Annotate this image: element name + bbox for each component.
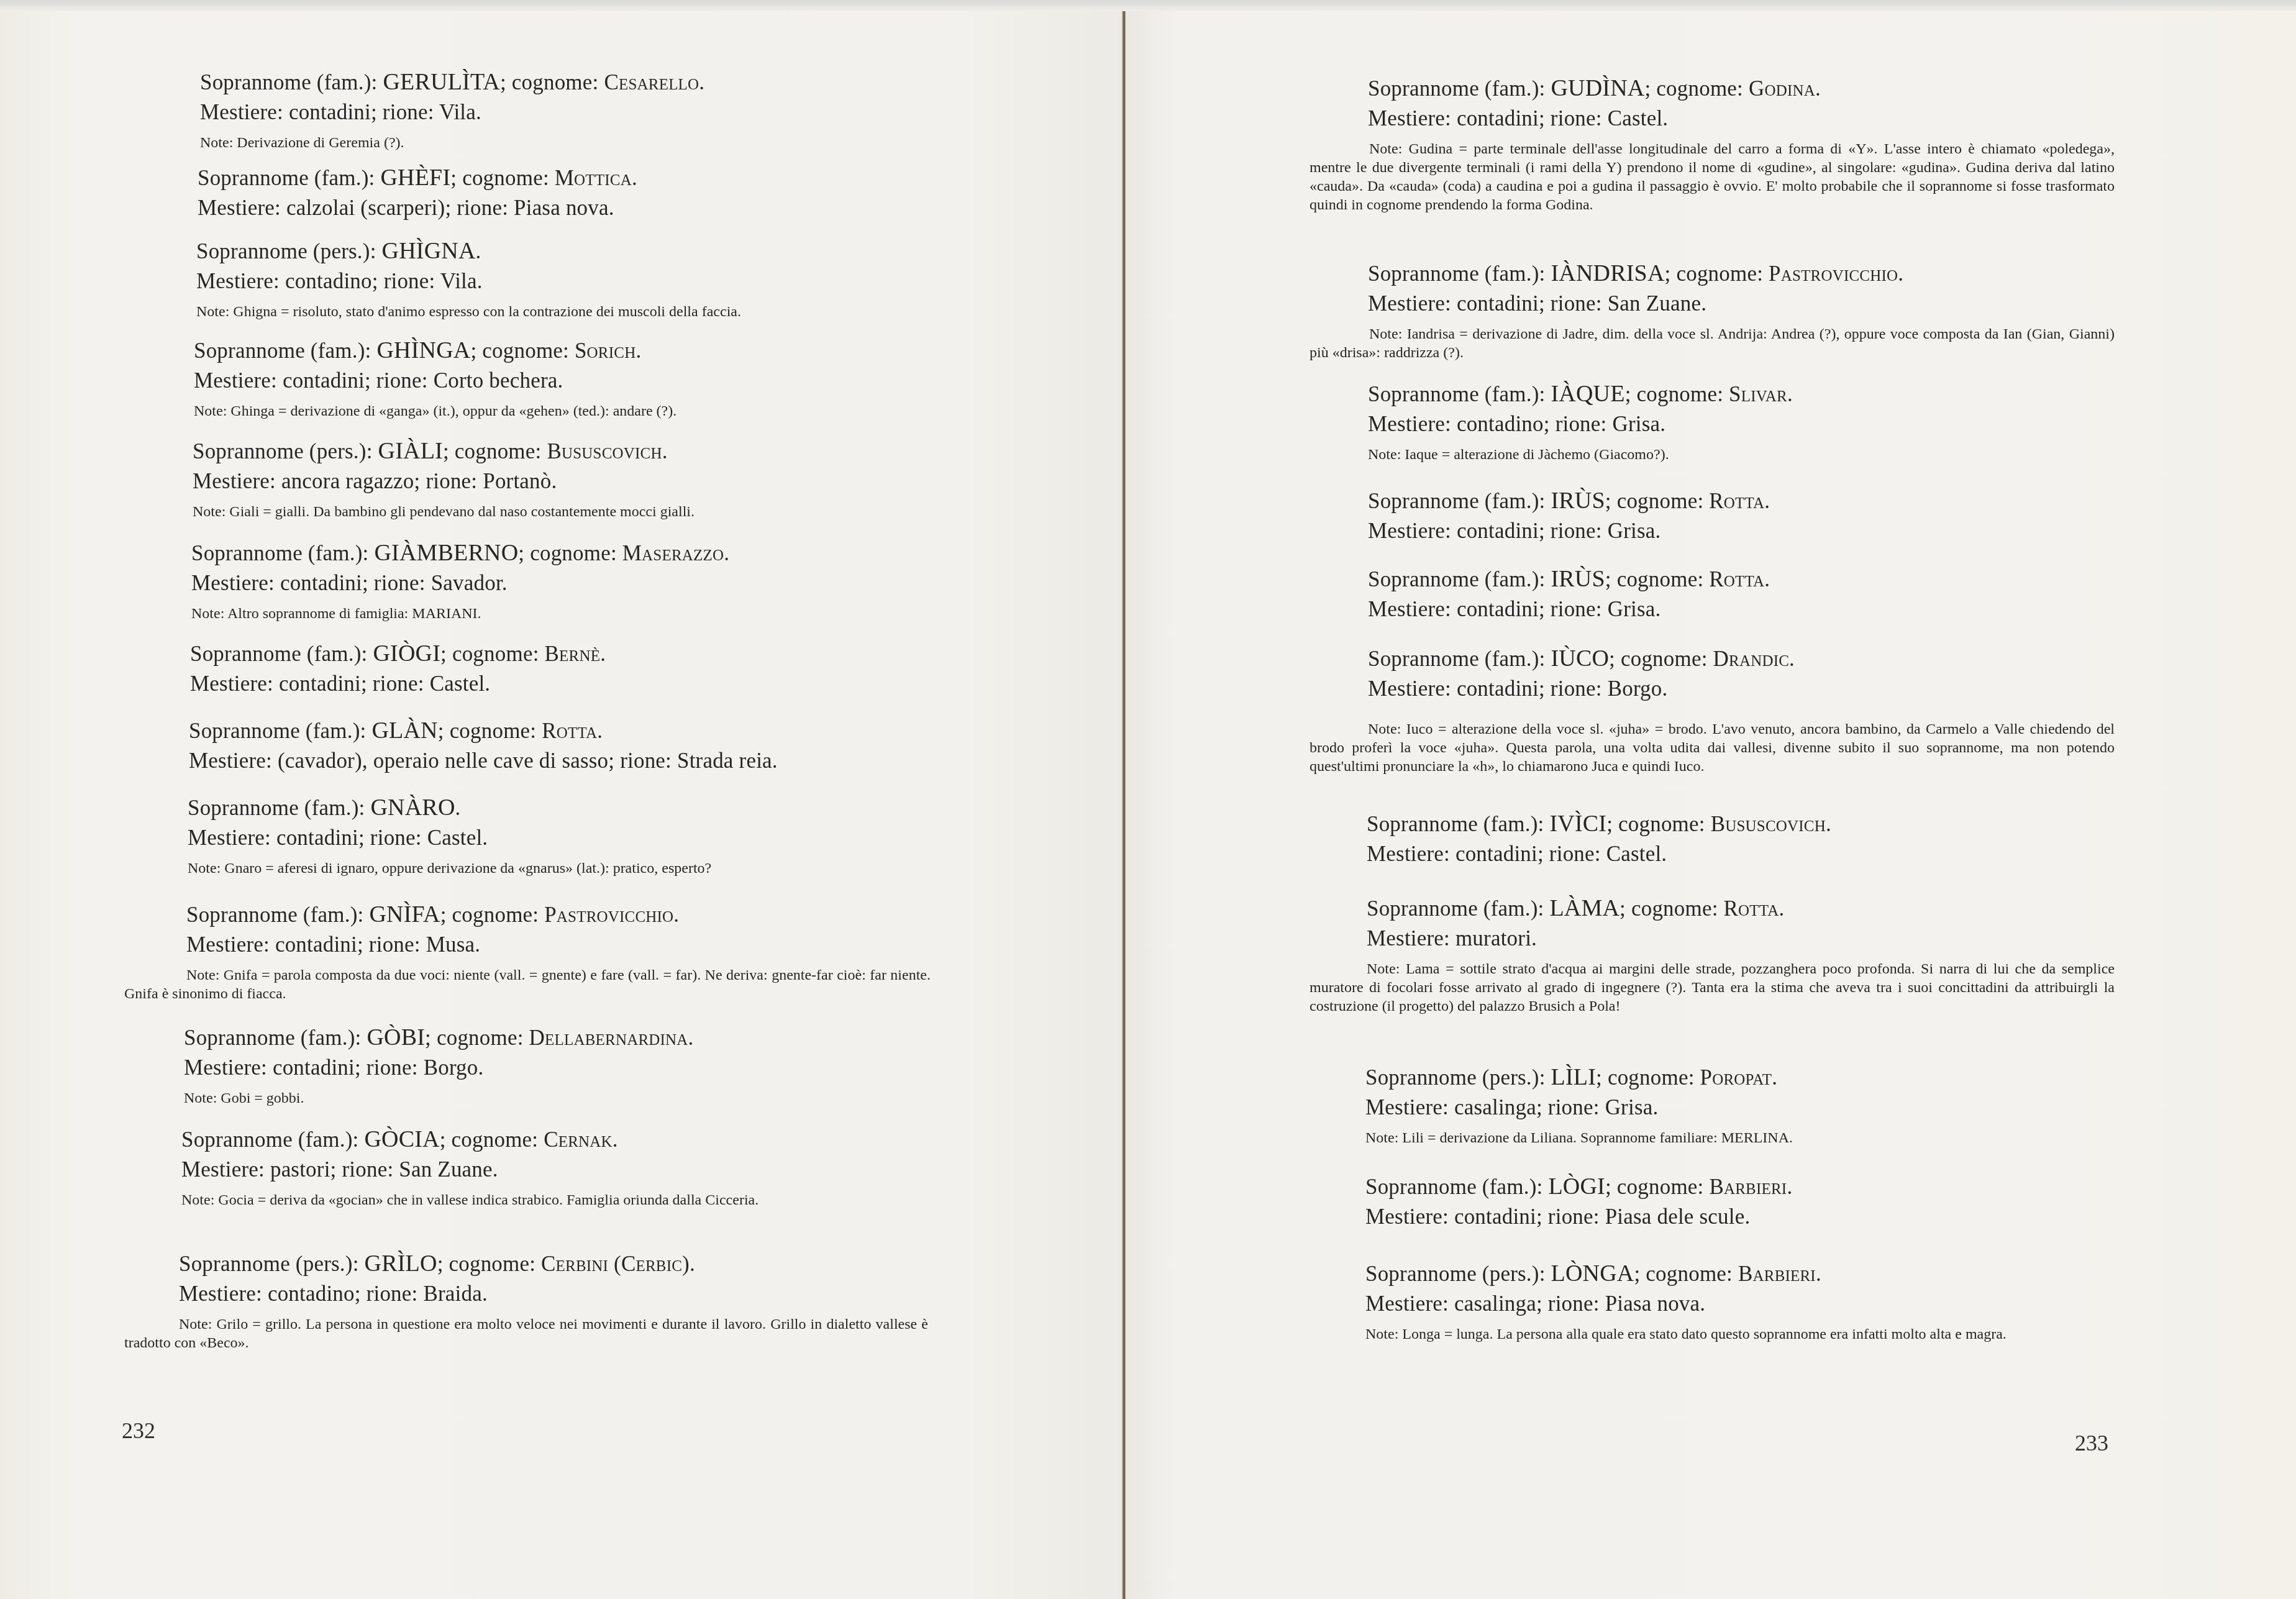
surname: Barbieri bbox=[1738, 1262, 1816, 1286]
note-paragraph: Note: Gocia = deriva da «gocian» che in … bbox=[124, 1191, 929, 1209]
occupation-line: Mestiere: (cavador), operaio nelle cave … bbox=[189, 746, 929, 776]
occupation: casalinga bbox=[1454, 1291, 1536, 1316]
occupation: contadini bbox=[1457, 676, 1539, 701]
district: Vila bbox=[440, 269, 477, 293]
nickname-entry: Soprannome (pers.): GIÀLI; cognome: Busu… bbox=[193, 436, 929, 521]
district: Corto bechera bbox=[434, 368, 558, 393]
note-text: Gudina = parte terminale dell'asse longi… bbox=[1310, 141, 2115, 213]
note-label: Note: bbox=[181, 1192, 214, 1208]
nickname-line: Soprannome (fam.): IÀNDRISA; cognome: Pa… bbox=[1310, 258, 2115, 289]
nickname-entry: Soprannome (fam.): GIÒGI; cognome: Bernè… bbox=[190, 639, 929, 699]
nickname-entry: Soprannome (fam.): GNÌFA; cognome: Pastr… bbox=[124, 900, 931, 1003]
occupation: muratori bbox=[1455, 926, 1531, 950]
nickname-entry: Soprannome (fam.): IÙCO; cognome: Drandi… bbox=[1310, 644, 2115, 776]
nickname-line: Soprannome (fam.): IÀQUE; cognome: Sliva… bbox=[1310, 379, 2115, 409]
occupation: contadino bbox=[285, 269, 372, 293]
nickname: GIÀMBERNO bbox=[374, 540, 518, 566]
nickname-line: Soprannome (pers.): GIÀLI; cognome: Busu… bbox=[193, 436, 929, 467]
district: Castel bbox=[430, 672, 485, 696]
nickname-line: Soprannome (fam.): IRÙS; cognome: Rotta. bbox=[1310, 564, 2115, 594]
nickname: GÒBI bbox=[367, 1024, 425, 1050]
occupation: contadini bbox=[283, 368, 365, 393]
note-paragraph: Note: Ghigna = risoluto, stato d'animo e… bbox=[196, 303, 929, 321]
note-text: Giali = gialli. Da bambino gli pendevano… bbox=[229, 504, 695, 520]
note-text: Ghigna = risoluto, stato d'animo espress… bbox=[233, 304, 741, 320]
nickname: GNÀRO bbox=[370, 795, 455, 821]
occupation: contadini bbox=[275, 932, 357, 957]
surname: Barbieri bbox=[1709, 1175, 1787, 1199]
note-paragraph: Note: Ghinga = derivazione di «ganga» (i… bbox=[194, 402, 929, 421]
occupation-line: Mestiere: contadino; rione: Grisa. bbox=[1310, 409, 2115, 439]
nickname: IRÙS bbox=[1551, 488, 1605, 514]
note-label: Note: bbox=[188, 860, 221, 877]
occupation-line: Mestiere: contadini; rione: Corto becher… bbox=[194, 366, 929, 396]
note-paragraph: Note: Gnifa = parola composta da due voc… bbox=[124, 966, 931, 1003]
nickname: GIÒGI bbox=[373, 640, 440, 667]
nickname-entry: Soprannome (fam.): IÀNDRISA; cognome: Pa… bbox=[1310, 258, 2115, 362]
nickname-line: Soprannome (fam.): GNÀRO. bbox=[188, 793, 929, 823]
occupation-line: Mestiere: contadino; rione: Braida. bbox=[124, 1279, 928, 1309]
note-text: Longa = lunga. La persona alla quale era… bbox=[1402, 1326, 2007, 1342]
nickname: IÙCO bbox=[1551, 645, 1609, 672]
occupation-line: Mestiere: contadini; rione: Grisa. bbox=[1310, 516, 2115, 546]
occupation-line: Mestiere: calzolai (scarperi); rione: Pi… bbox=[198, 193, 929, 223]
nickname-line: Soprannome (fam.): GLÀN; cognome: Rotta. bbox=[189, 716, 929, 746]
note-paragraph: Note: Giali = gialli. Da bambino gli pen… bbox=[193, 503, 929, 521]
nickname-entry: Soprannome (fam.): GÒCIA; cognome: Cerna… bbox=[124, 1124, 929, 1209]
occupation-line: Mestiere: contadini; rione: Grisa. bbox=[1310, 594, 2115, 624]
note-paragraph: Note: Lili = derivazione da Liliana. Sop… bbox=[1310, 1129, 2115, 1147]
nickname-entry: Soprannome (fam.): GUDÌNA; cognome: Godi… bbox=[1310, 73, 2115, 214]
nickname-line: Soprannome (fam.): IVÌCI; cognome: Busus… bbox=[1310, 809, 2115, 839]
nickname-entry: Soprannome (fam.): IRÙS; cognome: Rotta.… bbox=[1310, 564, 2115, 624]
surname: Bususcovich bbox=[547, 439, 662, 463]
nickname: GHÈFI bbox=[380, 165, 450, 191]
occupation-line: Mestiere: contadini; rione: Savador. bbox=[191, 568, 929, 598]
nickname-entry: Soprannome (fam.): GÒBI; cognome: Dellab… bbox=[184, 1023, 931, 1108]
occupation: contadini bbox=[289, 100, 371, 124]
occupation: contadino bbox=[268, 1282, 355, 1306]
district: San Zuane bbox=[399, 1157, 493, 1182]
nickname-line: Soprannome (pers.): LÒNGA; cognome: Barb… bbox=[1307, 1259, 2115, 1289]
occupation: (cavador), operaio nelle cave di sasso bbox=[278, 749, 608, 773]
nickname-entry: Soprannome (fam.): GIÀMBERNO; cognome: M… bbox=[191, 538, 929, 623]
note-label: Note: bbox=[1365, 1130, 1398, 1146]
occupation-line: Mestiere: contadini; rione: Castel. bbox=[190, 669, 929, 699]
occupation-line: Mestiere: contadini; rione: Castel. bbox=[188, 823, 929, 853]
book-gutter bbox=[1122, 0, 1126, 1599]
occupation-line: Mestiere: muratori. bbox=[1310, 924, 2115, 954]
nickname: GNÌFA bbox=[369, 901, 440, 927]
note-text: Altro soprannome di famiglia: MARIANI. bbox=[227, 606, 481, 622]
nickname: GHÌGNA bbox=[382, 238, 476, 264]
note-label: Note: bbox=[191, 606, 224, 622]
note-text: Grilo = grillo. La persona in questione … bbox=[124, 1316, 928, 1351]
surname: Drandic bbox=[1713, 647, 1790, 671]
nickname: IÀNDRISA bbox=[1551, 260, 1664, 286]
surname: Cesarello bbox=[604, 70, 699, 94]
occupation: casalinga bbox=[1454, 1095, 1536, 1119]
nickname: IÀQUE bbox=[1551, 381, 1624, 407]
district: Savador bbox=[431, 571, 502, 595]
nickname-line: Soprannome (pers.): LÌLI; cognome: Porop… bbox=[1310, 1062, 2115, 1093]
occupation-line: Mestiere: contadini; rione: Vila. bbox=[200, 98, 929, 127]
occupation-line: Mestiere: contadino; rione: Vila. bbox=[196, 266, 929, 296]
surname: Godina bbox=[1749, 76, 1815, 101]
nickname-entry: Soprannome (pers.): LÒNGA; cognome: Barb… bbox=[1307, 1259, 2115, 1344]
occupation: contadini bbox=[280, 571, 362, 595]
occupation-line: Mestiere: contadini; rione: Borgo. bbox=[184, 1053, 931, 1083]
note-label: Note: bbox=[179, 1316, 212, 1332]
nickname: GERULÌTA bbox=[383, 69, 500, 95]
note-paragraph: Note: Gudina = parte terminale dell'asse… bbox=[1310, 140, 2115, 214]
district: Grisa bbox=[1608, 519, 1656, 543]
occupation-line: Mestiere: casalinga; rione: Piasa nova. bbox=[1307, 1289, 2115, 1319]
occupation-line: Mestiere: ancora ragazzo; rione: Portanò… bbox=[193, 467, 929, 496]
surname: Rotta bbox=[1724, 896, 1779, 921]
note-label: Note: bbox=[184, 1090, 217, 1106]
nickname-line: Soprannome (fam.): GNÌFA; cognome: Pastr… bbox=[124, 900, 931, 930]
note-label: Note: bbox=[196, 304, 229, 320]
occupation: contadini bbox=[1457, 106, 1539, 130]
nickname-entry: Soprannome (fam.): IVÌCI; cognome: Busus… bbox=[1310, 809, 2115, 869]
nickname-line: Soprannome (fam.): GUDÌNA; cognome: Godi… bbox=[1310, 73, 2115, 104]
note-text: Ghinga = derivazione di «ganga» (it.), o… bbox=[230, 403, 676, 419]
surname: Rotta bbox=[542, 719, 597, 743]
occupation-line: Mestiere: contadini; rione: Musa. bbox=[124, 930, 931, 960]
book-spread: Soprannome (fam.): GERULÌTA; cognome: Ce… bbox=[0, 0, 2296, 1599]
district: Borgo bbox=[424, 1055, 478, 1080]
nickname-entry: Soprannome (pers.): LÌLI; cognome: Porop… bbox=[1310, 1062, 2115, 1147]
note-label: Note: bbox=[194, 403, 227, 419]
occupation: contadini bbox=[1454, 1205, 1536, 1229]
nickname-entry: Soprannome (fam.): GHÈFI; cognome: Motti… bbox=[198, 163, 929, 223]
surname: Maserazzo bbox=[622, 541, 724, 565]
note-text: Gocia = deriva da «gocian» che in valles… bbox=[218, 1192, 758, 1208]
occupation: contadini bbox=[1455, 842, 1537, 866]
nickname-line: Soprannome (fam.): IRÙS; cognome: Rotta. bbox=[1310, 486, 2115, 516]
note-label: Note: bbox=[200, 135, 233, 151]
note-paragraph: Note: Lama = sottile strato d'acqua ai m… bbox=[1310, 960, 2115, 1016]
nickname-line: Soprannome (fam.): GHÈFI; cognome: Motti… bbox=[198, 163, 929, 193]
note-text: Iuco = alterazione della voce sl. «juha»… bbox=[1310, 721, 2115, 775]
nickname: IVÌCI bbox=[1549, 811, 1606, 837]
surname: Cernak bbox=[544, 1127, 613, 1152]
nickname-line: Soprannome (fam.): GIÀMBERNO; cognome: M… bbox=[191, 538, 929, 568]
note-label: Note: bbox=[1368, 721, 1401, 737]
occupation: contadino bbox=[1457, 412, 1544, 436]
surname: Mottica bbox=[555, 166, 632, 190]
occupation: contadini bbox=[279, 672, 361, 696]
surname: Poropat bbox=[1700, 1065, 1772, 1090]
surname: Pastrovicchio bbox=[544, 903, 673, 927]
district: Musa bbox=[426, 932, 475, 957]
occupation: calzolai (scarperi) bbox=[286, 196, 445, 220]
nickname-entry: Soprannome (fam.): GHÌNGA; cognome: Sori… bbox=[194, 335, 929, 421]
district: Strada reia bbox=[677, 749, 772, 773]
note-paragraph: Note: Iaque = alterazione di Jàchemo (Gi… bbox=[1310, 445, 2115, 464]
occupation: pastori bbox=[270, 1157, 330, 1182]
note-paragraph: Note: Gobi = gobbi. bbox=[184, 1089, 931, 1108]
nickname-entry: Soprannome (fam.): IÀQUE; cognome: Sliva… bbox=[1310, 379, 2115, 464]
nickname: LÒNGA bbox=[1551, 1260, 1634, 1287]
nickname-line: Soprannome (fam.): GERULÌTA; cognome: Ce… bbox=[200, 67, 929, 98]
district: Castel bbox=[1606, 842, 1662, 866]
nickname-entry: Soprannome (fam.): GNÀRO.Mestiere: conta… bbox=[188, 793, 929, 878]
occupation-line: Mestiere: contadini; rione: Piasa dele s… bbox=[1310, 1202, 2115, 1232]
nickname: LÀMA bbox=[1549, 895, 1619, 921]
occupation: contadini bbox=[1457, 519, 1539, 543]
surname: Pastrovicchio bbox=[1769, 262, 1898, 286]
note-text: Iandrisa = derivazione di Jadre, dim. de… bbox=[1310, 326, 2115, 361]
note-paragraph: Note: Altro soprannome di famiglia: MARI… bbox=[191, 604, 929, 623]
note-text: Gnaro = aferesi di ignaro, oppure deriva… bbox=[224, 860, 711, 877]
note-label: Note: bbox=[1369, 326, 1402, 342]
nickname-line: Soprannome (fam.): GIÒGI; cognome: Bernè… bbox=[190, 639, 929, 669]
note-label: Note: bbox=[186, 967, 219, 983]
note-text: Iaque = alterazione di Jàchemo (Giacomo?… bbox=[1405, 447, 1669, 463]
surname: Slivar bbox=[1729, 382, 1787, 406]
note-text: Lili = derivazione da Liliana. Soprannom… bbox=[1402, 1130, 1793, 1146]
nickname: GLÀN bbox=[371, 717, 437, 744]
occupation: contadini bbox=[1457, 597, 1539, 621]
district: Grisa bbox=[1612, 412, 1660, 436]
note-text: Gobi = gobbi. bbox=[221, 1090, 304, 1106]
nickname: LÒGI bbox=[1548, 1173, 1605, 1200]
nickname: GRÌLO bbox=[365, 1250, 437, 1277]
nickname: GIÀLI bbox=[378, 438, 443, 464]
note-paragraph: Note: Gnaro = aferesi di ignaro, oppure … bbox=[188, 859, 929, 878]
occupation-line: Mestiere: contadini; rione: Borgo. bbox=[1310, 674, 2115, 704]
nickname-line: Soprannome (fam.): GÒBI; cognome: Dellab… bbox=[184, 1023, 931, 1053]
scan-top-shadow bbox=[0, 0, 2296, 11]
district: San Zuane bbox=[1608, 291, 1701, 316]
district: Castel bbox=[1608, 106, 1663, 130]
nickname-entry: Soprannome (fam.): GERULÌTA; cognome: Ce… bbox=[200, 67, 929, 152]
surname: Bususcovich bbox=[1711, 812, 1826, 836]
nickname-entry: Soprannome (fam.): LÀMA; cognome: Rotta.… bbox=[1310, 893, 2115, 1016]
occupation-line: Mestiere: pastori; rione: San Zuane. bbox=[124, 1155, 929, 1185]
note-paragraph: Note: Iandrisa = derivazione di Jadre, d… bbox=[1310, 325, 2115, 362]
nickname: GÒCIA bbox=[364, 1126, 439, 1152]
occupation: contadini bbox=[273, 1055, 355, 1080]
nickname-line: Soprannome (fam.): LÒGI; cognome: Barbie… bbox=[1310, 1172, 2115, 1202]
district: Piasa nova bbox=[1605, 1291, 1700, 1316]
note-label: Note: bbox=[1367, 961, 1400, 977]
nickname-entry: Soprannome (pers.): GHÌGNA.Mestiere: con… bbox=[196, 236, 929, 321]
note-paragraph: Note: Iuco = alterazione della voce sl. … bbox=[1310, 720, 2115, 776]
note-label: Note: bbox=[1369, 141, 1402, 157]
nickname: GUDÌNA bbox=[1551, 75, 1644, 101]
note-paragraph: Note: Derivazione di Geremia (?). bbox=[200, 134, 929, 152]
surname: Cerbini (Cerbic) bbox=[541, 1252, 690, 1276]
nickname-entry: Soprannome (fam.): LÒGI; cognome: Barbie… bbox=[1310, 1172, 2115, 1232]
right-page bbox=[1126, 0, 2296, 1599]
note-paragraph: Note: Longa = lunga. La persona alla qua… bbox=[1307, 1325, 2115, 1344]
district: Piasa nova bbox=[514, 196, 609, 220]
district: Castel bbox=[427, 826, 483, 850]
nickname: GHÌNGA bbox=[376, 337, 470, 363]
surname: Bernè bbox=[545, 642, 601, 666]
district: Vila bbox=[439, 100, 476, 124]
surname: Rotta bbox=[1709, 567, 1764, 591]
nickname: IRÙS bbox=[1551, 566, 1605, 592]
district: Grisa bbox=[1608, 597, 1656, 621]
nickname-line: Soprannome (fam.): LÀMA; cognome: Rotta. bbox=[1310, 893, 2115, 924]
occupation-line: Mestiere: contadini; rione: Castel. bbox=[1310, 104, 2115, 134]
district: Grisa bbox=[1605, 1095, 1653, 1119]
occupation: contadini bbox=[276, 826, 358, 850]
note-label: Note: bbox=[1365, 1326, 1398, 1342]
district: Portanò bbox=[483, 469, 551, 493]
note-label: Note: bbox=[1368, 447, 1401, 463]
nickname-entry: Soprannome (pers.): GRÌLO; cognome: Cerb… bbox=[124, 1249, 928, 1352]
note-text: Gnifa = parola composta da due voci: nie… bbox=[124, 967, 931, 1002]
district: Braida bbox=[423, 1282, 482, 1306]
surname: Dellabernardina bbox=[529, 1026, 688, 1050]
district: Borgo bbox=[1608, 676, 1662, 701]
note-text: Derivazione di Geremia (?). bbox=[237, 135, 404, 151]
nickname-line: Soprannome (pers.): GHÌGNA. bbox=[196, 236, 929, 266]
note-paragraph: Note: Grilo = grillo. La persona in ques… bbox=[124, 1315, 928, 1352]
occupation: ancora ragazzo bbox=[281, 469, 414, 493]
nickname-entry: Soprannome (fam.): IRÙS; cognome: Rotta.… bbox=[1310, 486, 2115, 546]
surname: Rotta bbox=[1709, 489, 1764, 513]
nickname: LÌLI bbox=[1551, 1064, 1597, 1090]
occupation: contadini bbox=[1457, 291, 1539, 316]
nickname-line: Soprannome (fam.): IÙCO; cognome: Drandi… bbox=[1310, 644, 2115, 674]
nickname-line: Soprannome (fam.): GÒCIA; cognome: Cerna… bbox=[124, 1124, 929, 1155]
nickname-line: Soprannome (fam.): GHÌNGA; cognome: Sori… bbox=[194, 335, 929, 366]
note-label: Note: bbox=[193, 504, 225, 520]
nickname-entry: Soprannome (fam.): GLÀN; cognome: Rotta.… bbox=[189, 716, 929, 776]
surname: Sorich bbox=[575, 339, 635, 363]
occupation-line: Mestiere: contadini; rione: San Zuane. bbox=[1310, 289, 2115, 319]
district: Piasa dele scule bbox=[1605, 1205, 1745, 1229]
page-number-right: 233 bbox=[2075, 1430, 2108, 1456]
nickname-line: Soprannome (pers.): GRÌLO; cognome: Cerb… bbox=[124, 1249, 928, 1279]
occupation-line: Mestiere: casalinga; rione: Grisa. bbox=[1310, 1093, 2115, 1123]
note-text: Lama = sottile strato d'acqua ai margini… bbox=[1310, 961, 2115, 1014]
occupation-line: Mestiere: contadini; rione: Castel. bbox=[1310, 839, 2115, 869]
page-number-left: 232 bbox=[122, 1418, 155, 1444]
